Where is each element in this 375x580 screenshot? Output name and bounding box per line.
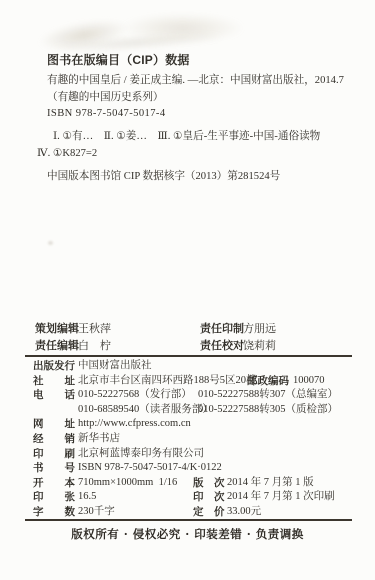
sheets-value: 16.5 <box>78 490 96 505</box>
editors-block: 策划编辑 王秋萍 责任印制 方朋远 责任编辑 白 柠 责任校对 饶莉莉 <box>35 321 355 355</box>
phone-value: 010-52227588转305（质检部） <box>198 403 338 418</box>
colophon-row: 网 址 http://www.cfpress.com.cn <box>33 417 368 432</box>
colophon-row: 印 张 16.5 印 次 2014 年 7 月第 1 次印刷 <box>33 490 368 505</box>
colophon-label: 字 数 <box>33 505 75 520</box>
editor-role-label: 责任印制 <box>200 321 244 338</box>
distributor-value: 新华书店 <box>78 432 120 447</box>
colophon-row: 印 刷 北京柯蓝博泰印务有限公司 <box>33 447 368 462</box>
cip-isbn-line: ISBN 978-7-5047-5017-4 <box>47 107 166 120</box>
editor-name: 方朋远 <box>243 321 276 338</box>
colophon-row: 出版发行 中国财富出版社 <box>33 359 368 374</box>
colophon-row: 电 话 010-52227568（发行部） 010-52227588转307（总… <box>33 388 368 403</box>
colophon-row: 书 号 ISBN 978-7-5047-5017-4/K·0122 <box>33 461 368 476</box>
editor-row: 责任编辑 白 柠 责任校对 饶莉莉 <box>35 338 355 355</box>
postal-code-value: 100070 <box>293 374 325 389</box>
colophon-row: 经 销 新华书店 <box>33 432 368 447</box>
editor-name: 饶莉莉 <box>243 338 276 355</box>
colophon-label: 经 销 <box>33 432 75 447</box>
phone-value: 010-52227568（发行部） <box>78 388 192 403</box>
colophon-row: 字 数 230千字 定 价 33.00元 <box>33 505 368 520</box>
word-count-value: 230千字 <box>78 505 115 520</box>
cip-classification-line-2: Ⅳ. ①K827=2 <box>37 147 97 160</box>
phone-value: 010-68589540（读者服务部） <box>78 403 213 418</box>
colophon-label: 书 号 <box>33 461 75 476</box>
price-label: 定 价 <box>193 505 225 520</box>
colophon-block: 出版发行 中国财富出版社 社 址 北京市丰台区南四环西路188号5区20楼 邮政… <box>33 359 368 520</box>
editor-role-label: 责任编辑 <box>35 338 79 355</box>
colophon-label: 网 址 <box>33 417 75 432</box>
cip-title-line: 有趣的中国皇后 / 姜正成主编. —北京：中国财富出版社，2014.7 <box>47 74 344 87</box>
colophon-label: 社 址 <box>33 374 75 389</box>
format-value: 710mm×1000mm 1/16 <box>78 476 177 491</box>
copyright-notice: 版权所有 · 侵权必究 · 印装差错 · 负责调换 <box>0 526 375 542</box>
editor-name: 王秋萍 <box>78 321 111 338</box>
book-number-value: ISBN 978-7-5047-5017-4/K·0122 <box>78 461 222 476</box>
colophon-label: 开 本 <box>33 476 75 491</box>
postal-code-label: 邮政编码 <box>247 374 289 389</box>
scan-smudge <box>36 14 131 56</box>
colophon-label: 电 话 <box>33 388 75 403</box>
cip-series-line: （有趣的中国历史系列） <box>47 91 164 104</box>
editor-role-label: 策划编辑 <box>35 321 79 338</box>
colophon-row: 社 址 北京市丰台区南四环西路188号5区20楼 邮政编码 100070 <box>33 374 368 389</box>
printing-label: 印 次 <box>193 490 225 505</box>
colophon-row: 开 本 710mm×1000mm 1/16 版 次 2014 年 7 月第 1 … <box>33 476 368 491</box>
scan-smudge <box>52 30 222 55</box>
edition-value: 2014 年 7 月第 1 版 <box>227 476 314 491</box>
printer-value: 北京柯蓝博泰印务有限公司 <box>78 447 204 462</box>
cip-classification-line-1: Ⅰ. ①有… Ⅱ. ①姜… Ⅲ. ①皇后-生平事迹-中国-通俗读物 <box>53 130 320 143</box>
scan-speck <box>48 241 53 245</box>
book-copyright-page: 图书在版编目（CIP）数据 有趣的中国皇后 / 姜正成主编. —北京：中国财富出… <box>0 0 375 580</box>
printing-value: 2014 年 7 月第 1 次印刷 <box>227 490 335 505</box>
colophon-row: 010-68589540（读者服务部） 010-52227588转305（质检部… <box>33 403 368 418</box>
cip-heading: 图书在版编目（CIP）数据 <box>47 54 190 67</box>
edition-label: 版 次 <box>193 476 225 491</box>
colophon-label: 印 张 <box>33 490 75 505</box>
editor-row: 策划编辑 王秋萍 责任印制 方朋远 <box>35 321 355 338</box>
phone-value: 010-52227588转307（总编室） <box>198 388 338 403</box>
colophon-label: 印 刷 <box>33 447 75 462</box>
address-value: 北京市丰台区南四环西路188号5区20楼 <box>78 374 257 389</box>
website-value: http://www.cfpress.com.cn <box>78 417 191 432</box>
cip-record-line: 中国版本图书馆 CIP 数据核字（2013）第281524号 <box>47 170 280 183</box>
top-divider <box>25 355 352 357</box>
bottom-divider <box>25 519 352 521</box>
colophon-label: 出版发行 <box>33 359 75 374</box>
price-value: 33.00元 <box>227 505 261 520</box>
editor-role-label: 责任校对 <box>200 338 244 355</box>
editor-name: 白 柠 <box>78 338 111 355</box>
colophon-value: 中国财富出版社 <box>78 359 152 374</box>
scan-smudge <box>120 13 245 43</box>
